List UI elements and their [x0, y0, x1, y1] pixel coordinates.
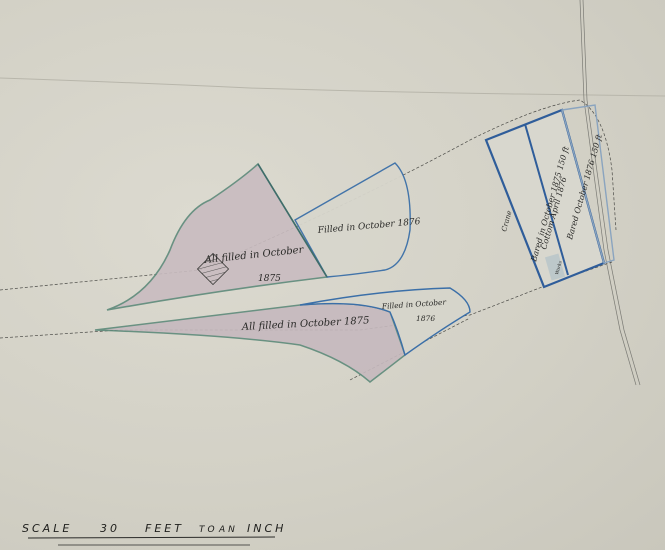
paper-fold — [0, 78, 665, 96]
scale-word-4: TO — [199, 525, 218, 535]
label-lower-right-2: 1876 — [416, 314, 435, 323]
label-crane: Crane — [500, 210, 513, 233]
scale-word-5: AN — [218, 525, 238, 535]
scale-word-6: INCH — [247, 522, 286, 535]
scale-caption: SCALE 30 FEET TO AN INCH — [22, 522, 286, 545]
plot-upper-left — [107, 164, 327, 310]
road-lines — [580, 0, 640, 385]
scale-word-3: FEET — [145, 522, 184, 535]
label-upper-left-2: 1875 — [258, 274, 281, 284]
historical-plan-map: All filled in October 1875 Filled in Oct… — [0, 0, 665, 550]
scale-underline-1 — [28, 537, 275, 538]
scale-word-1: SCALE — [22, 522, 72, 535]
map-drawing: All filled in October 1875 Filled in Oct… — [0, 0, 665, 550]
scale-word-2: 30 — [100, 522, 120, 535]
